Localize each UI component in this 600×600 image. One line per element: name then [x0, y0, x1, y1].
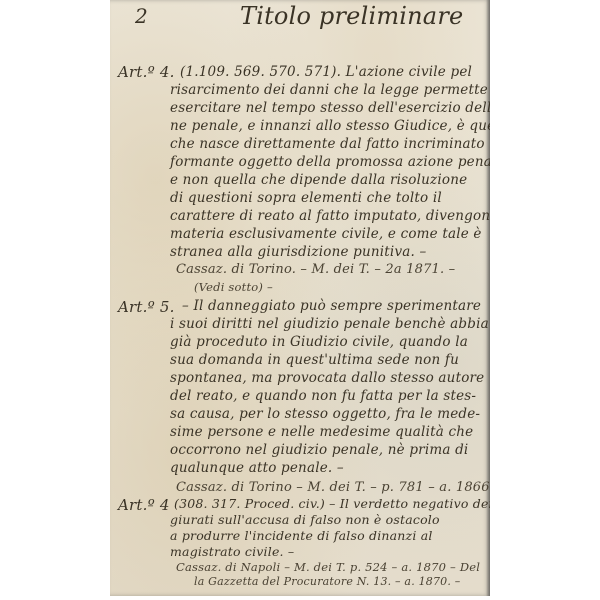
article-line: sa causa, per lo stesso oggetto, fra le …: [170, 406, 480, 422]
article-citation: Cassaz. di Torino. – M. dei T. – 2a 1871…: [176, 262, 455, 277]
article-label: Art.º 4.: [118, 63, 175, 81]
article-citation: (Vedi sotto) –: [194, 280, 273, 294]
article-line: del reato, e quando non fu fatta per la …: [170, 388, 476, 404]
article-label: Art.º 5.: [118, 298, 175, 316]
article-line: esercitare nel tempo stesso dell'eserciz…: [170, 100, 490, 116]
page-title: Titolo preliminare: [240, 2, 463, 30]
article-line: di questioni sopra elementi che tolto il: [170, 190, 442, 206]
page-number: 2: [135, 4, 148, 28]
article-line: spontanea, ma provocata dallo stesso aut…: [170, 370, 484, 386]
article-line: materia esclusivamente civile, e come ta…: [170, 226, 482, 242]
article-line: già proceduto in Giudizio civile, quando…: [170, 334, 468, 350]
article-line: risarcimento dei danni che la legge perm…: [170, 82, 490, 98]
article-line: e non quella che dipende dalla risoluzio…: [170, 172, 467, 188]
article-line: carattere di reato al fatto imputato, di…: [170, 208, 490, 224]
article-line: – Il danneggiato può sempre sperimentare: [182, 298, 481, 314]
manuscript-page: 2 Titolo preliminare Art.º 4. (1.109. 56…: [110, 0, 490, 596]
article-line: sime persone e nelle medesime qualità ch…: [170, 424, 473, 440]
article-line: ne penale, e innanzi allo stesso Giudice…: [170, 118, 490, 134]
article-line: (1.109. 569. 570. 571). L'azione civile …: [180, 64, 472, 80]
article-line: formante oggetto della promossa azione p…: [170, 154, 490, 170]
article-line: stranea alla giurisdizione punitiva. –: [170, 244, 426, 260]
article-line: occorrono nel giudizio penale, nè prima …: [170, 442, 468, 458]
article-line: i suoi diritti nel giudizio penale bench…: [170, 316, 489, 332]
article-line: che nasce direttamente dal fatto incrimi…: [170, 136, 485, 152]
article-line: sua domanda in quest'ultima sede non fu: [170, 352, 459, 368]
article-line: qualunque atto penale. –: [170, 460, 344, 476]
article-citation: Cassaz. di Torino – M. dei T. – p. 781 –…: [176, 480, 490, 495]
